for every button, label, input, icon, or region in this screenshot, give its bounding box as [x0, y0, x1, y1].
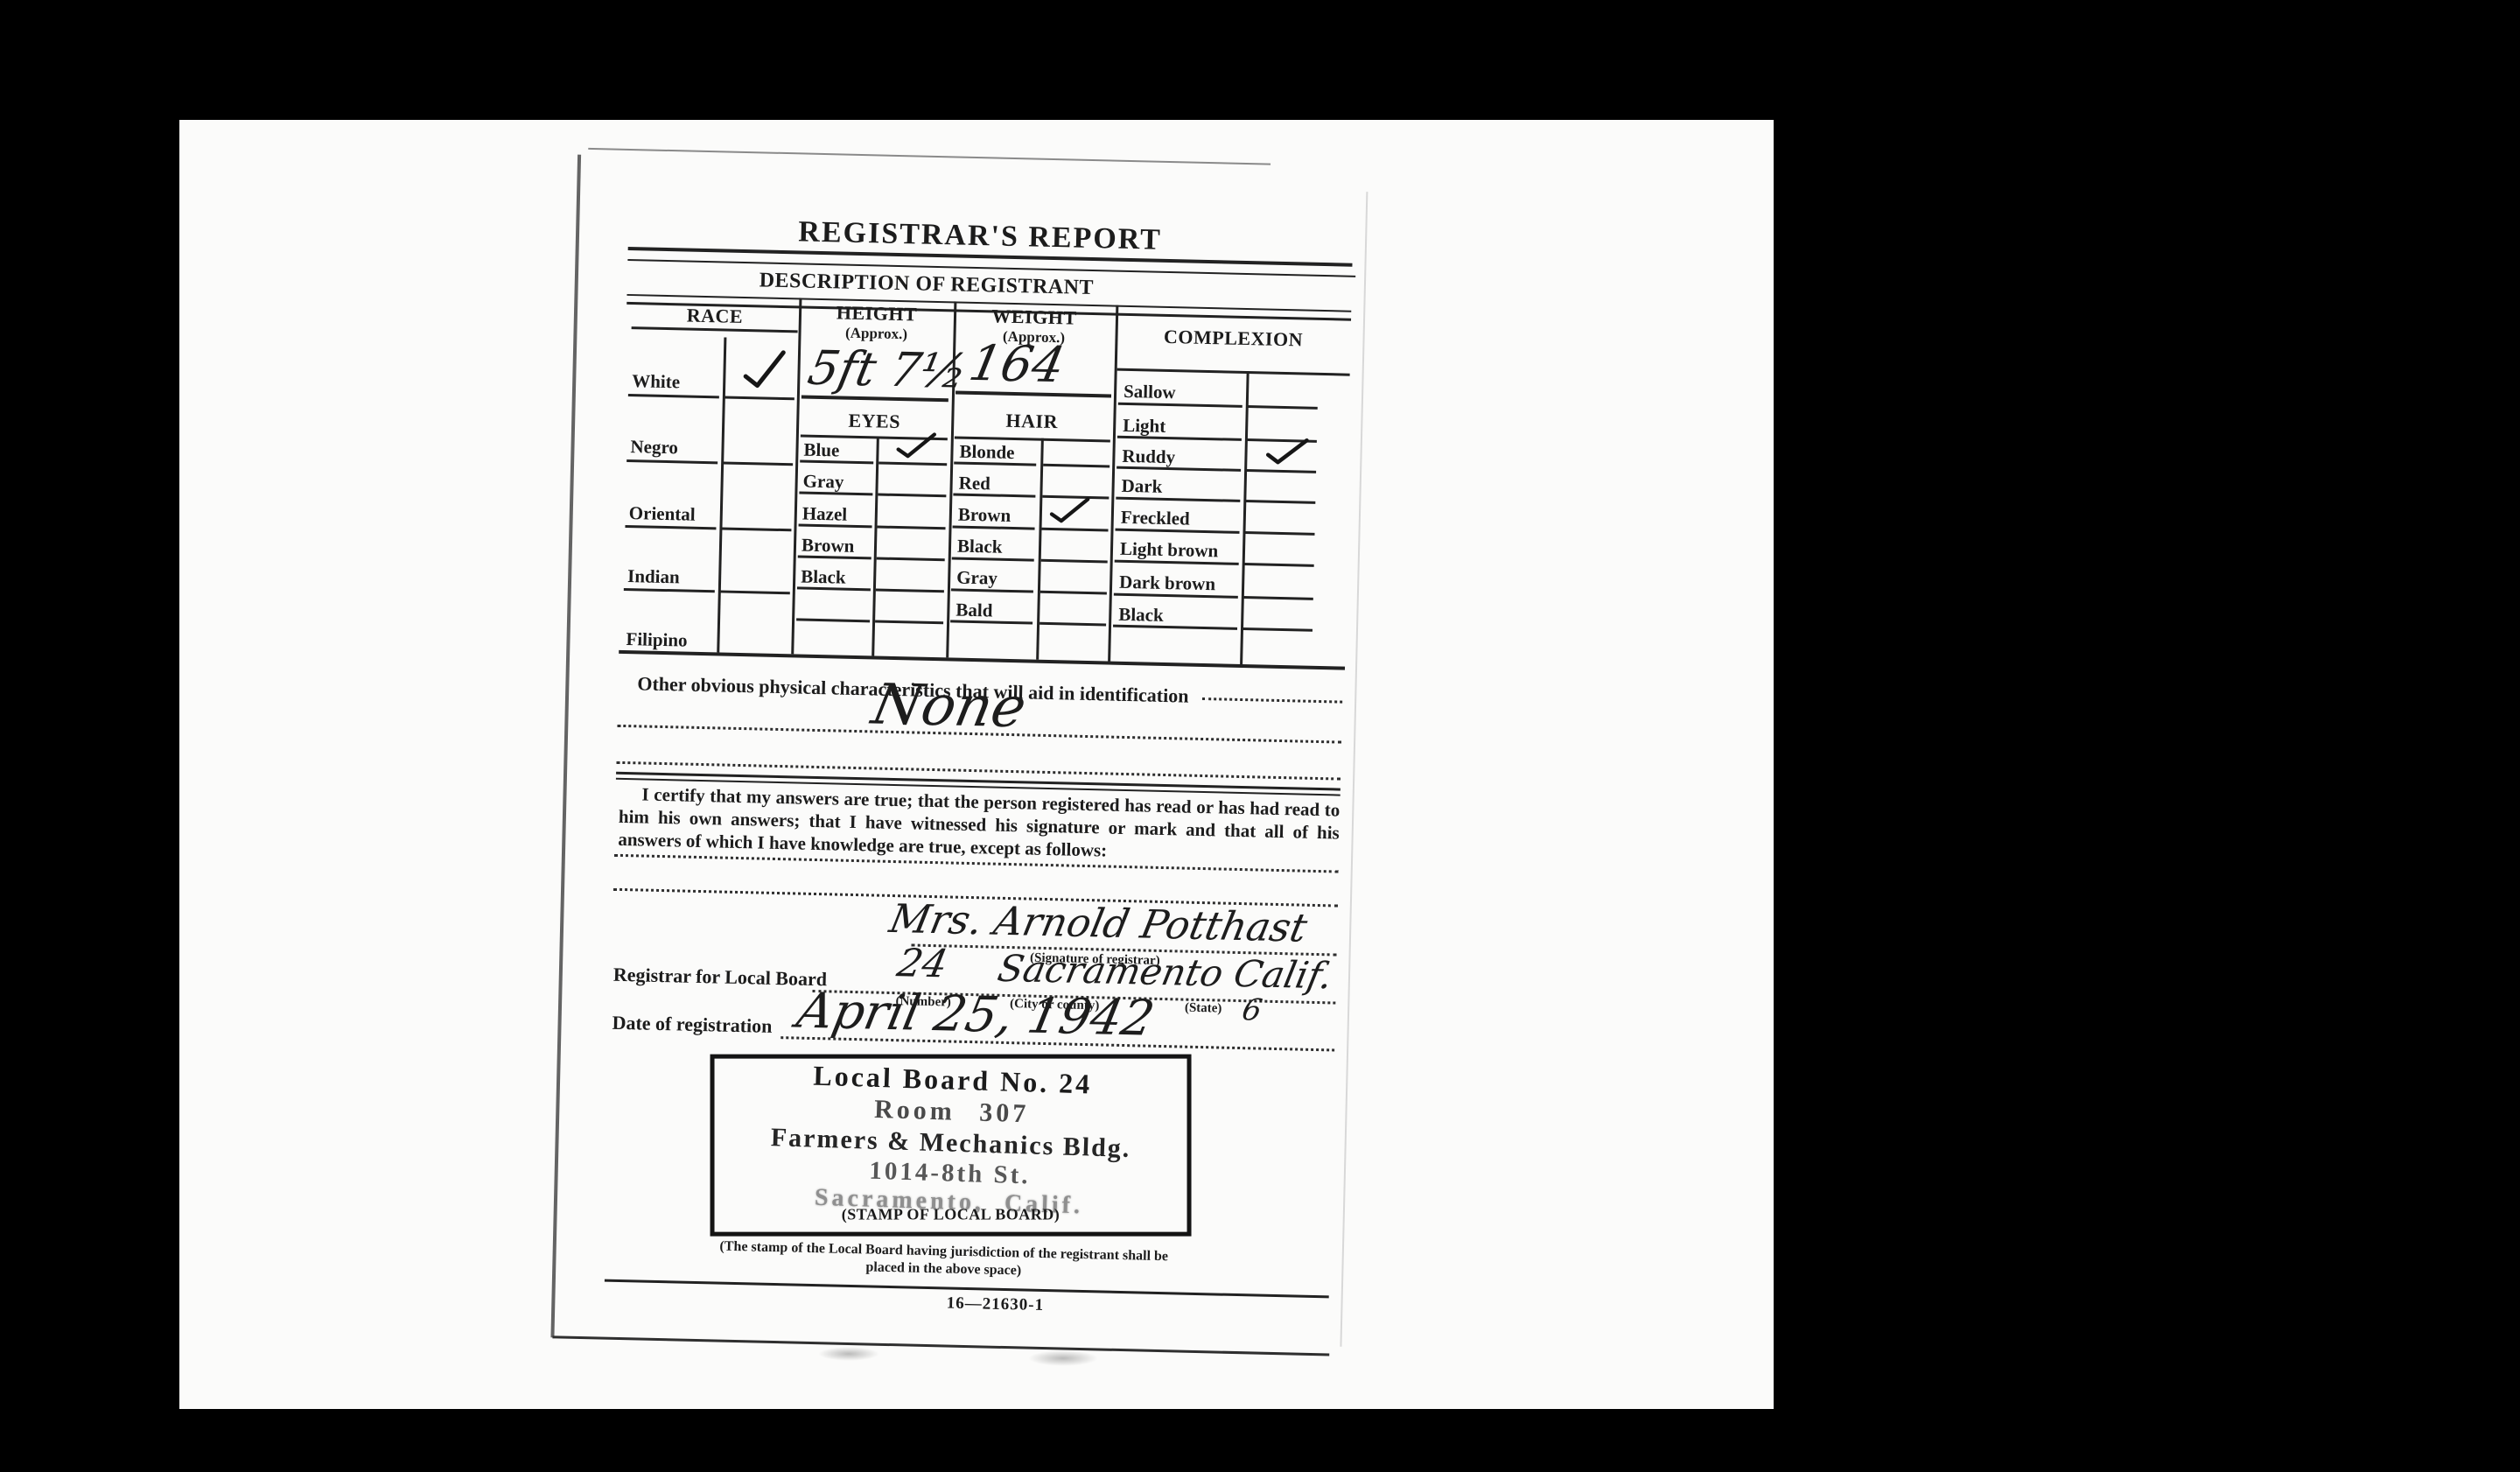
registrar-report-card: REGISTRAR'S REPORT DESCRIPTION OF REGIST… [552, 148, 1377, 1363]
card-top-edge [588, 148, 1270, 165]
race-option-white: White [632, 370, 680, 393]
complexion-row-line [1248, 405, 1318, 410]
complexion-row-line [1242, 627, 1312, 632]
eyes-row-line [878, 525, 946, 529]
state-caption: (State) [1168, 1000, 1238, 1017]
dotted-line [1202, 697, 1342, 704]
eyes-row-line [797, 586, 871, 591]
date-label: Date of registration [612, 1012, 772, 1038]
complexion-header: COMPLEXION [1116, 325, 1351, 353]
eyes-option-blue: Blue [803, 439, 839, 462]
complexion-row-line [1243, 596, 1313, 600]
complexion-option-dark: Dark [1121, 475, 1162, 498]
race-row-line [720, 590, 790, 594]
hair-row-line [953, 525, 1035, 529]
complexion-option-sallow: Sallow [1123, 381, 1176, 403]
race-option-negro: Negro [630, 436, 678, 459]
height-header: HEIGHT (Approx.) [801, 300, 952, 344]
complexion-row-line [1118, 403, 1242, 408]
race-row-line [625, 525, 716, 529]
hair-option-bald: Bald [955, 599, 993, 622]
race-option-oriental: Oriental [629, 502, 696, 526]
weight-header-label: WEIGHT [955, 304, 1114, 330]
complexion-row-line [1117, 436, 1242, 441]
race-row-line [628, 394, 719, 398]
complexion-row-line [1116, 497, 1240, 502]
race-row-line [721, 527, 791, 531]
card-right-edge [1340, 192, 1368, 1347]
hair-row-line [950, 620, 1032, 624]
checkmark-icon [1044, 493, 1095, 526]
eyes-option-brown: Brown [801, 535, 855, 557]
height-header-label: HEIGHT [801, 300, 953, 326]
hair-row-line [1041, 559, 1108, 564]
hair-row-line [951, 588, 1033, 592]
race-row-line [626, 459, 717, 464]
stamp-caption: (STAMP OF LOCAL BOARD) [715, 1206, 1187, 1224]
checkmark-icon [734, 347, 794, 395]
hair-row-line [1040, 591, 1107, 595]
race-option-filipino: Filipino [626, 628, 688, 652]
complexion-option-freckled: Freckled [1121, 507, 1190, 530]
state-mark: 6 [1239, 992, 1265, 1027]
race-check-divider [717, 337, 726, 652]
eyes-row-line [799, 491, 872, 495]
complexion-option-light-brown: Light brown [1120, 538, 1219, 563]
eyes-row-line [878, 494, 946, 498]
card-bottom-edge [552, 1335, 1329, 1356]
hair-row-line [954, 461, 1036, 466]
hair-option-blonde: Blonde [959, 441, 1015, 464]
card-left-edge [550, 155, 581, 1338]
hair-row-line [1042, 528, 1109, 532]
board-number-value: 24 [893, 941, 951, 986]
dotted-line [616, 761, 1340, 781]
hair-option-red: Red [958, 473, 990, 495]
eyes-row-line [799, 523, 872, 528]
race-header: RACE [632, 303, 799, 329]
eyes-row-line [877, 557, 945, 561]
scan-smudge [1028, 1350, 1098, 1366]
complexion-row-line [1244, 531, 1314, 536]
complexion-row-line [1244, 563, 1314, 567]
screen-background: { "document": { "title": "REGISTRAR'S RE… [0, 0, 2520, 1472]
stamp-box: Local Board No. 24 Room 307 Farmers & Me… [710, 1055, 1192, 1237]
table-bottom-rule [619, 650, 1345, 670]
checkmark-icon [890, 428, 941, 461]
table-gridline [791, 298, 801, 654]
hair-row-line [953, 493, 1035, 497]
hair-row-line [952, 557, 1034, 561]
scanned-photo-background: REGISTRAR'S REPORT DESCRIPTION OF REGIST… [179, 120, 1774, 1409]
complexion-check-divider [1240, 371, 1249, 664]
hair-check-divider [1036, 438, 1044, 660]
complexion-row-line [1116, 466, 1241, 472]
eyes-row-line [800, 459, 873, 464]
board-label: Registrar for Local Board [613, 964, 828, 992]
complexion-row-line [1246, 469, 1316, 473]
complexion-row-line [1114, 593, 1238, 599]
eyes-row-line [875, 620, 943, 624]
height-value: 5ft 7½ [803, 340, 971, 399]
certification-text: I certify that my answers are true; that… [618, 782, 1340, 867]
complexion-row-line [1115, 560, 1239, 565]
eyes-row-line [876, 588, 944, 592]
race-option-indian: Indian [627, 565, 680, 588]
eyes-row-line [878, 462, 947, 466]
hair-row-line [1043, 464, 1109, 468]
complexion-row-line [1245, 500, 1315, 504]
stamp-footnote: (The stamp of the Local Board having jur… [698, 1237, 1189, 1284]
checkmark-icon [1260, 434, 1314, 468]
complexion-row-line [1116, 529, 1240, 534]
hair-option-gray: Gray [956, 567, 997, 590]
race-row-line [723, 461, 793, 466]
complexion-option-black: Black [1118, 604, 1164, 627]
eyes-option-hazel: Hazel [802, 503, 848, 526]
eyes-row-line [798, 555, 871, 559]
hair-header: HAIR [953, 408, 1111, 434]
eyes-row-line [796, 618, 870, 622]
weight-underline [955, 390, 1111, 397]
hair-row-line [1039, 622, 1106, 627]
hair-option-brown: Brown [958, 504, 1011, 527]
table-gridline [1108, 305, 1118, 662]
scan-smudge [818, 1347, 879, 1361]
eyes-check-divider [871, 436, 879, 655]
weight-value: 164 [964, 335, 1069, 394]
race-row-line [724, 396, 794, 400]
complexion-option-ruddy: Ruddy [1122, 445, 1175, 468]
complexion-option-dark-brown: Dark brown [1119, 571, 1215, 595]
complexion-row-line [1113, 625, 1237, 630]
hair-option-black: Black [957, 536, 1003, 558]
form-number: 16—21630-1 [815, 1291, 1174, 1318]
eyes-option-black: Black [801, 566, 846, 589]
complexion-header-underline [1117, 368, 1350, 376]
race-row-line [624, 588, 715, 592]
eyes-option-gray: Gray [802, 471, 843, 494]
complexion-option-light: Light [1123, 415, 1166, 438]
